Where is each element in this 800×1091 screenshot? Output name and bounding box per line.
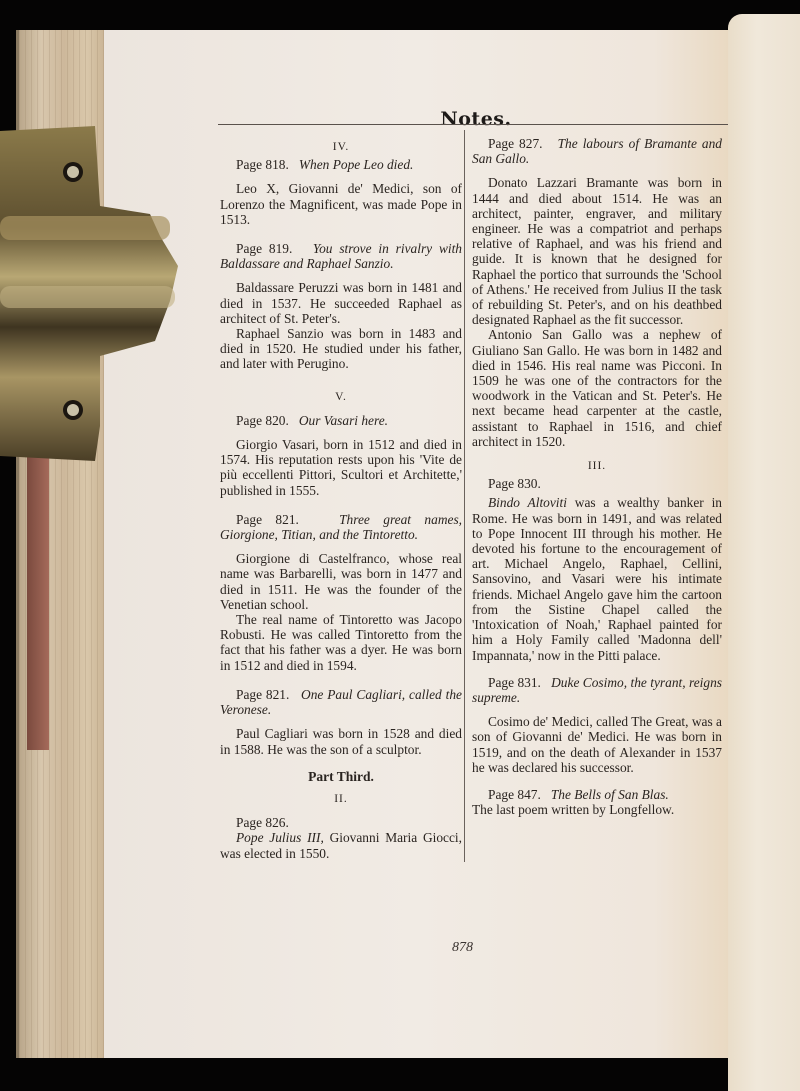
part-heading: Part Third. (220, 769, 462, 784)
note-text: Baldassare Peruzzi was born in 1481 and … (220, 280, 462, 326)
column-divider (464, 130, 465, 862)
note-text: Raphael Sanzio was born in 1483 and died… (220, 326, 462, 372)
note-text: Donato Lazzari Bramante was born in 1444… (472, 175, 722, 327)
note-text: Bindo Altoviti was a wealthy banker in R… (472, 495, 722, 662)
page-title: Notes. (218, 108, 734, 130)
note-heading: Page 819. You strove in rivalry with Bal… (220, 241, 462, 271)
note-heading: Page 826. (220, 815, 462, 830)
facing-page-edge (728, 14, 800, 1091)
brass-bookend-clip-icon (0, 126, 180, 461)
note-heading: Page 827. The labours of Bramante and Sa… (472, 136, 722, 166)
section-numeral: II. (220, 792, 462, 807)
note-text: Giorgio Vasari, born in 1512 and died in… (220, 437, 462, 498)
right-column: Page 827. The labours of Bramante and Sa… (472, 136, 722, 817)
note-text: Giorgione di Castelfranco, whose real na… (220, 551, 462, 612)
note-heading: Page 818. When Pope Leo died. (220, 157, 462, 172)
note-heading: Page 820. Our Vasari here. (220, 413, 462, 428)
section-numeral: III. (472, 459, 722, 474)
section-numeral: V. (220, 390, 462, 405)
cover-binding-strip (27, 450, 49, 750)
note-text: The real name of Tintoretto was Jacopo R… (220, 612, 462, 673)
note-text: Pope Julius III, Giovanni Maria Giocci, … (220, 830, 462, 860)
note-text: Antonio San Gallo was a nephew of Giulia… (472, 327, 722, 449)
note-heading: Page 821. Three great names, Giorgione, … (220, 512, 462, 542)
note-heading: Page 821. One Paul Cagliari, called the … (220, 687, 462, 717)
note-text: The last poem written by Longfellow. (472, 802, 722, 817)
note-heading: Page 831. Duke Cosimo, the tyrant, reign… (472, 675, 722, 705)
header-rule (218, 124, 728, 125)
left-column: IV. Page 818. When Pope Leo died. Leo X,… (220, 140, 462, 861)
note-text: Leo X, Giovanni de' Medici, son of Loren… (220, 181, 462, 227)
page-number: 878 (452, 940, 473, 956)
note-heading: Page 830. (472, 476, 722, 491)
note-heading: Page 847. The Bells of San Blas. (472, 787, 722, 802)
note-text: Cosimo de' Medici, called The Great, was… (472, 714, 722, 775)
note-text: Paul Cagliari was born in 1528 and died … (220, 726, 462, 756)
section-numeral: IV. (220, 140, 462, 155)
running-header: Notes. (218, 108, 734, 130)
